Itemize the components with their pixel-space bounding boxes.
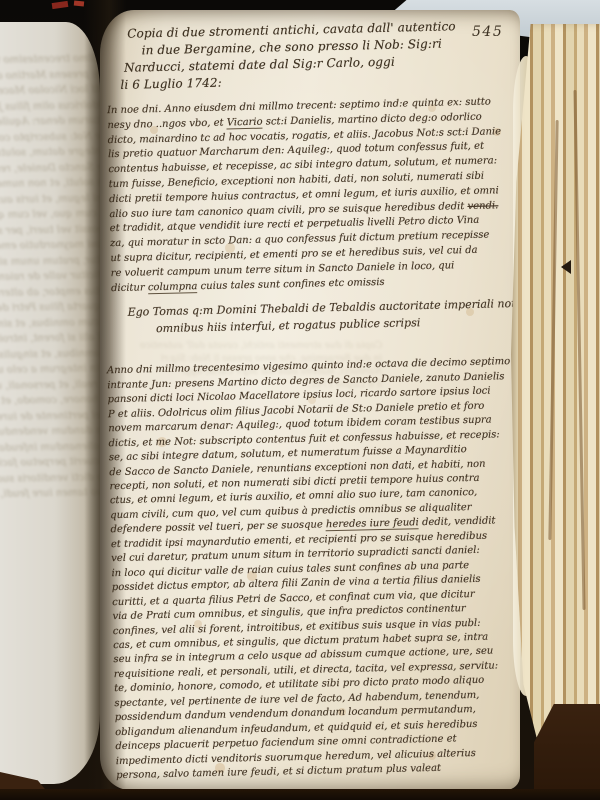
struck-word: vendi. bbox=[467, 200, 498, 212]
underlined-word: heredes iure feudi bbox=[326, 518, 419, 532]
italian-caption: Copia di due stromenti antichi, cavata d… bbox=[127, 17, 508, 94]
instrument-2-text: Anno dni millmo trecentesimo vigesimo qu… bbox=[107, 355, 520, 783]
show-through-text: Anno dni millmo trecentesimo vigesimo qu… bbox=[0, 50, 100, 503]
manuscript-photo: Anno dni millmo trecentesimo vigesimo qu… bbox=[0, 0, 600, 800]
manuscript-page: Copia di due stromenti antichi, cavata d… bbox=[100, 10, 520, 790]
manuscript-text-line: persona, salvo tamen iure feudi, et si d… bbox=[0, 484, 100, 504]
underlined-word: columpna bbox=[148, 281, 198, 294]
spine-ribbon-mark bbox=[52, 1, 69, 9]
spine-ribbon-mark bbox=[74, 0, 84, 6]
page-content: Copia di due stromenti antichi, cavata d… bbox=[105, 17, 520, 788]
desk-surface bbox=[0, 789, 600, 800]
notary-attestation: Ego Tomas q:m Domini Thebaldi de Tebaldi… bbox=[127, 296, 514, 338]
underlined-word: Vicario bbox=[227, 116, 263, 129]
foxing-spots bbox=[100, 10, 104, 14]
instrument-1-text: In noe dni. Anno eiusdem dni millmo trec… bbox=[107, 95, 513, 296]
facing-page: Anno dni millmo trecentesimo vigesimo qu… bbox=[0, 22, 100, 784]
